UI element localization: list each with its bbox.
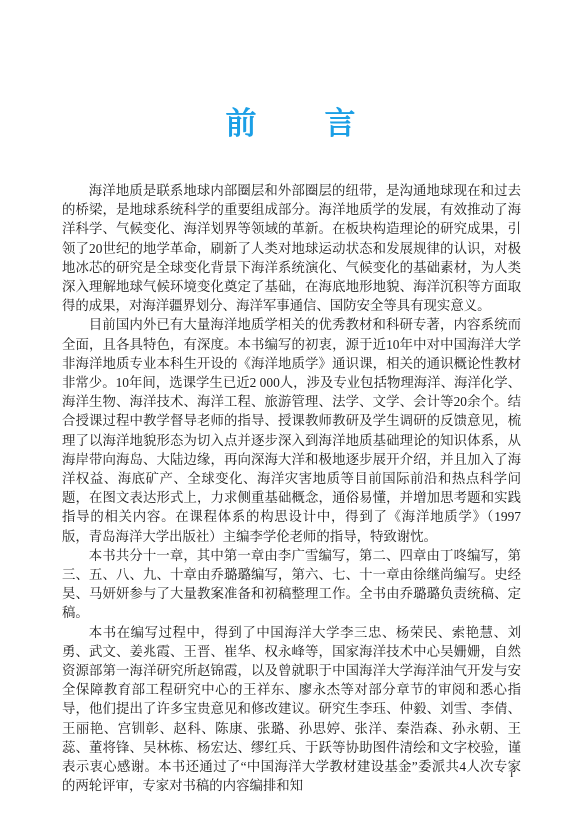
paragraph-2: 目前国内外已有大量海洋地质学相关的优秀教材和科研专著，内容系统而全面，且各具特色… <box>62 315 521 545</box>
document-page: 前 言 海洋地质是联系地球内部圈层和外部圈层的纽带，是沟通地球现在和过去的桥梁，… <box>0 0 583 826</box>
paragraph-1: 海洋地质是联系地球内部圈层和外部圈层的纽带，是沟通地球现在和过去的桥梁，是地球系… <box>62 181 521 315</box>
page-title: 前 言 <box>0 98 583 143</box>
paragraph-4: 本书在编写过程中，得到了中国海洋大学李三忠、杨荣民、索艳慧、刘勇、武文、姜兆霞、… <box>62 623 521 796</box>
page-number: i <box>510 766 513 781</box>
paragraph-3: 本书共分十一章，其中第一章由李广雪编写，第二、四章由丁咚编写，第三、五、八、九、… <box>62 546 521 623</box>
preface-body: 海洋地质是联系地球内部圈层和外部圈层的纽带，是沟通地球现在和过去的桥梁，是地球系… <box>62 181 521 796</box>
